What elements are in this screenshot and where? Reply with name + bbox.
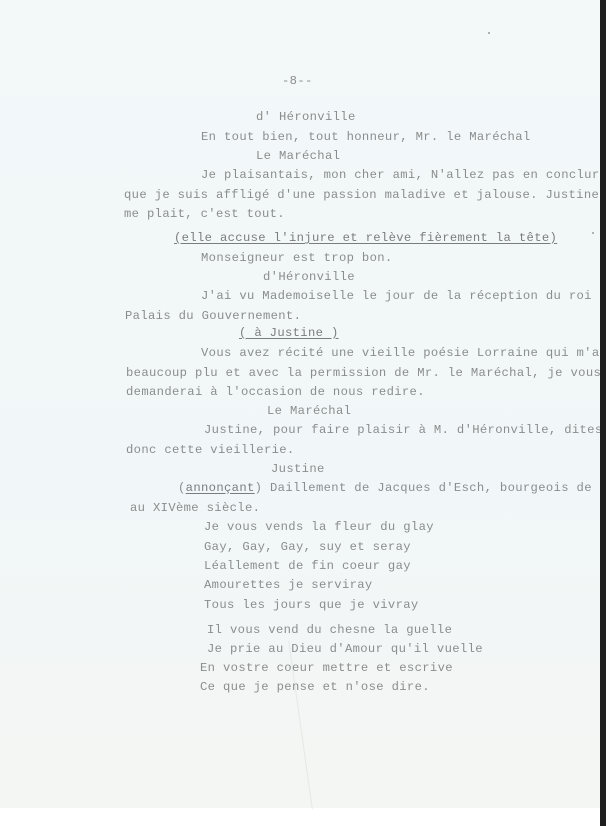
speaker-name: d'Héronville [263,270,355,284]
document-page: -8-- d' Héronville En tout bien, tout ho… [0,0,600,808]
speaker-name: d' Héronville [256,110,356,124]
ink-speck [488,32,490,34]
stage-direction: (elle accuse l'injure et relève fièremen… [174,231,557,245]
dialogue-line: me plait, c'est tout. [124,207,285,221]
stage-direction: ( à Justine ) [239,326,339,340]
speaker-name: Le Maréchal [256,149,340,163]
verse-line: Je vous vends la fleur du glay [204,520,434,534]
dialogue-line: que je suis affligé d'une passion maladi… [124,188,599,202]
verse-line: Gay, Gay, Gay, suy et seray [204,540,411,554]
verse-line: Tous les jours que je vivray [204,598,419,612]
dialogue-line: (annonçant) Daillement de Jacques d'Esch… [178,481,606,495]
verse-line: En vostre coeur mettre et escrive [200,661,453,675]
speaker-name: Le Maréchal [267,404,351,418]
verse-line: Je prie au Dieu d'Amour qu'il vuelle [207,642,483,656]
scan-edge [600,0,606,826]
dialogue-line: Palais du Gouvernement. [125,309,301,323]
dialogue-line: J'ai vu Mademoiselle le jour de la récep… [201,289,606,303]
dialogue-line: demanderai à l'occasion de nous redire. [126,385,425,399]
verse-line: Ce que je pense et n'ose dire. [200,680,430,694]
dialogue-line: Justine, pour faire plaisir à M. d'Héron… [204,423,606,437]
verse-line: Amourettes je serviray [204,578,373,592]
dialogue-line: donc cette vieillerie. [126,443,295,457]
speaker-name: Justine [271,462,325,476]
stage-direction: annonçant [186,481,255,495]
page-number: -8-- [282,74,313,88]
dialogue-line: Monseigneur est trop bon. [201,251,393,265]
dialogue-line: Vous avez récité une vieille poésie Lorr… [201,346,600,360]
verse-line: Léallement de fin coeur gay [204,559,411,573]
dialogue-line: beaucoup plu et avec la permission de Mr… [126,366,601,380]
dialogue-line: Je plaisantais, mon cher ami, N'allez pa… [201,168,606,182]
dialogue-line: En tout bien, tout honneur, Mr. le Maréc… [201,130,531,144]
verse-line: Il vous vend du chesne la guelle [207,623,452,637]
dialogue-line: au XIVème siècle. [130,501,260,515]
ink-speck [592,232,594,234]
